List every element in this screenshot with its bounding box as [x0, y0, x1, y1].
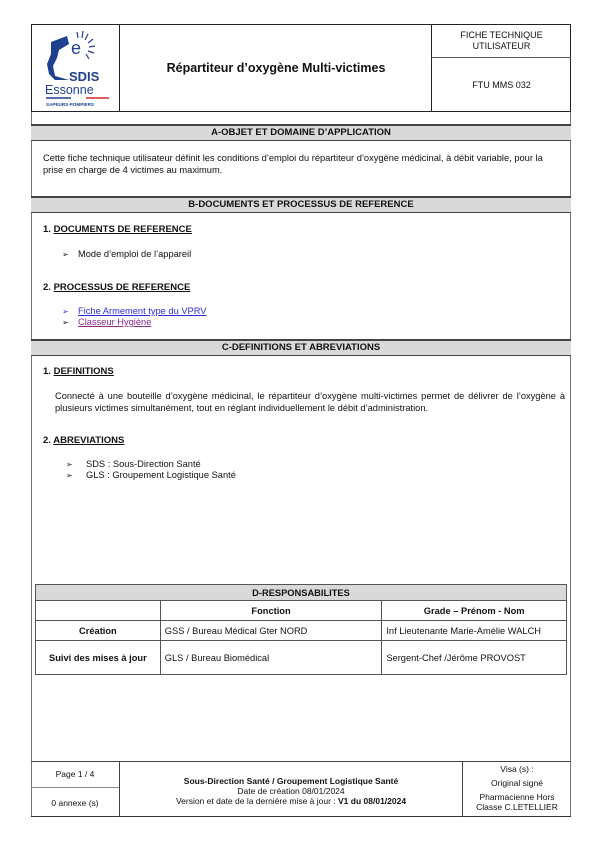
- doc-reference: FTU MMS 032: [431, 58, 571, 112]
- footer-info: Sous-Direction Santé / Groupement Logist…: [120, 761, 462, 817]
- doc-type: FICHE TECHNIQUE UTILISATEUR: [431, 24, 571, 58]
- link-classeur-hygiene[interactable]: Classeur Hygiène: [78, 317, 151, 328]
- doc-type-line2: UTILISATEUR: [432, 41, 571, 52]
- responsibilities-table: D-RESPONSABILITES Fonction Grade – Préno…: [35, 584, 567, 675]
- section-a-title: A-OBJET ET DOMAINE D’APPLICATION: [31, 124, 571, 141]
- table-header: Grade – Prénom - Nom: [382, 601, 567, 621]
- table-header: Fonction: [160, 601, 382, 621]
- section-c-title: C-DEFINITIONS ET ABREVIATIONS: [31, 339, 571, 356]
- arrow-bullet-icon: ➢: [62, 249, 78, 260]
- table-row: Suivi des mises à jour GLS / Bureau Biom…: [36, 641, 567, 675]
- footer-org: Sous-Direction Santé / Groupement Logist…: [120, 776, 462, 786]
- svg-text:SAPEURS-POMPIERS: SAPEURS-POMPIERS: [46, 102, 94, 107]
- footer-pagination: Page 1 / 4 0 annexe (s): [31, 761, 120, 817]
- footer-created: Date de création 08/01/2024: [120, 786, 462, 796]
- section-b-heading-1: 1. DOCUMENTS DE REFERENCE: [43, 224, 192, 235]
- table-row: Création GSS / Bureau Médical Gter NORD …: [36, 621, 567, 641]
- arrow-bullet-icon: ➢: [66, 459, 86, 470]
- visa-signer-2: Classe C.LETELLIER: [463, 802, 571, 812]
- list-item: ➢ SDS : Sous-Direction Santé: [66, 459, 201, 470]
- section-b-title: B-DOCUMENTS ET PROCESSUS DE REFERENCE: [31, 196, 571, 213]
- svg-text:SDIS: SDIS: [69, 69, 100, 84]
- page-number: Page 1 / 4: [31, 761, 119, 788]
- doc-type-line1: FICHE TECHNIQUE: [432, 30, 571, 41]
- footer-version: Version et date de la dernière mise à jo…: [120, 796, 462, 806]
- sdis-essonne-logo-icon: e SDIS Essonne SAPEURS-POMPIERS: [31, 24, 120, 112]
- section-c-heading-2: 2. ABREVIATIONS: [43, 435, 124, 446]
- link-item-vprv[interactable]: ➢ Fiche Armement type du VPRV: [62, 306, 207, 317]
- section-b-heading-2: 2. PROCESSUS DE REFERENCE: [43, 282, 190, 293]
- annex-count: 0 annexe (s): [31, 788, 119, 817]
- arrow-bullet-icon: ➢: [66, 470, 86, 481]
- arrow-bullet-icon: ➢: [62, 306, 78, 317]
- section-d-title: D-RESPONSABILITES: [36, 585, 567, 601]
- section-c-heading-1: 1. DEFINITIONS: [43, 366, 114, 377]
- logo-cell: e SDIS Essonne SAPEURS-POMPIERS: [31, 24, 120, 112]
- document-title: Répartiteur d’oxygène Multi-victimes: [120, 24, 432, 112]
- definition-text: Connecté à une bouteille d’oxygène médic…: [55, 390, 565, 414]
- svg-text:Essonne: Essonne: [45, 83, 94, 97]
- section-a-text: Cette fiche technique utilisateur défini…: [43, 152, 563, 176]
- footer-visa: Visa (s) : Original signé Pharmacienne H…: [462, 761, 571, 817]
- link-fiche-armement[interactable]: Fiche Armement type du VPRV: [78, 306, 207, 317]
- svg-text:e: e: [71, 38, 81, 58]
- link-item-hygiene[interactable]: ➢ Classeur Hygiène: [62, 317, 151, 328]
- list-item: ➢ GLS : Groupement Logistique Santé: [66, 470, 236, 481]
- table-header: [36, 601, 161, 621]
- visa-label: Visa (s) :: [463, 764, 571, 774]
- list-item: ➢ Mode d’emploi de l’appareil: [62, 249, 191, 260]
- visa-status: Original signé: [463, 778, 571, 788]
- visa-signer-1: Pharmacienne Hors: [463, 792, 571, 802]
- arrow-bullet-icon: ➢: [62, 317, 78, 328]
